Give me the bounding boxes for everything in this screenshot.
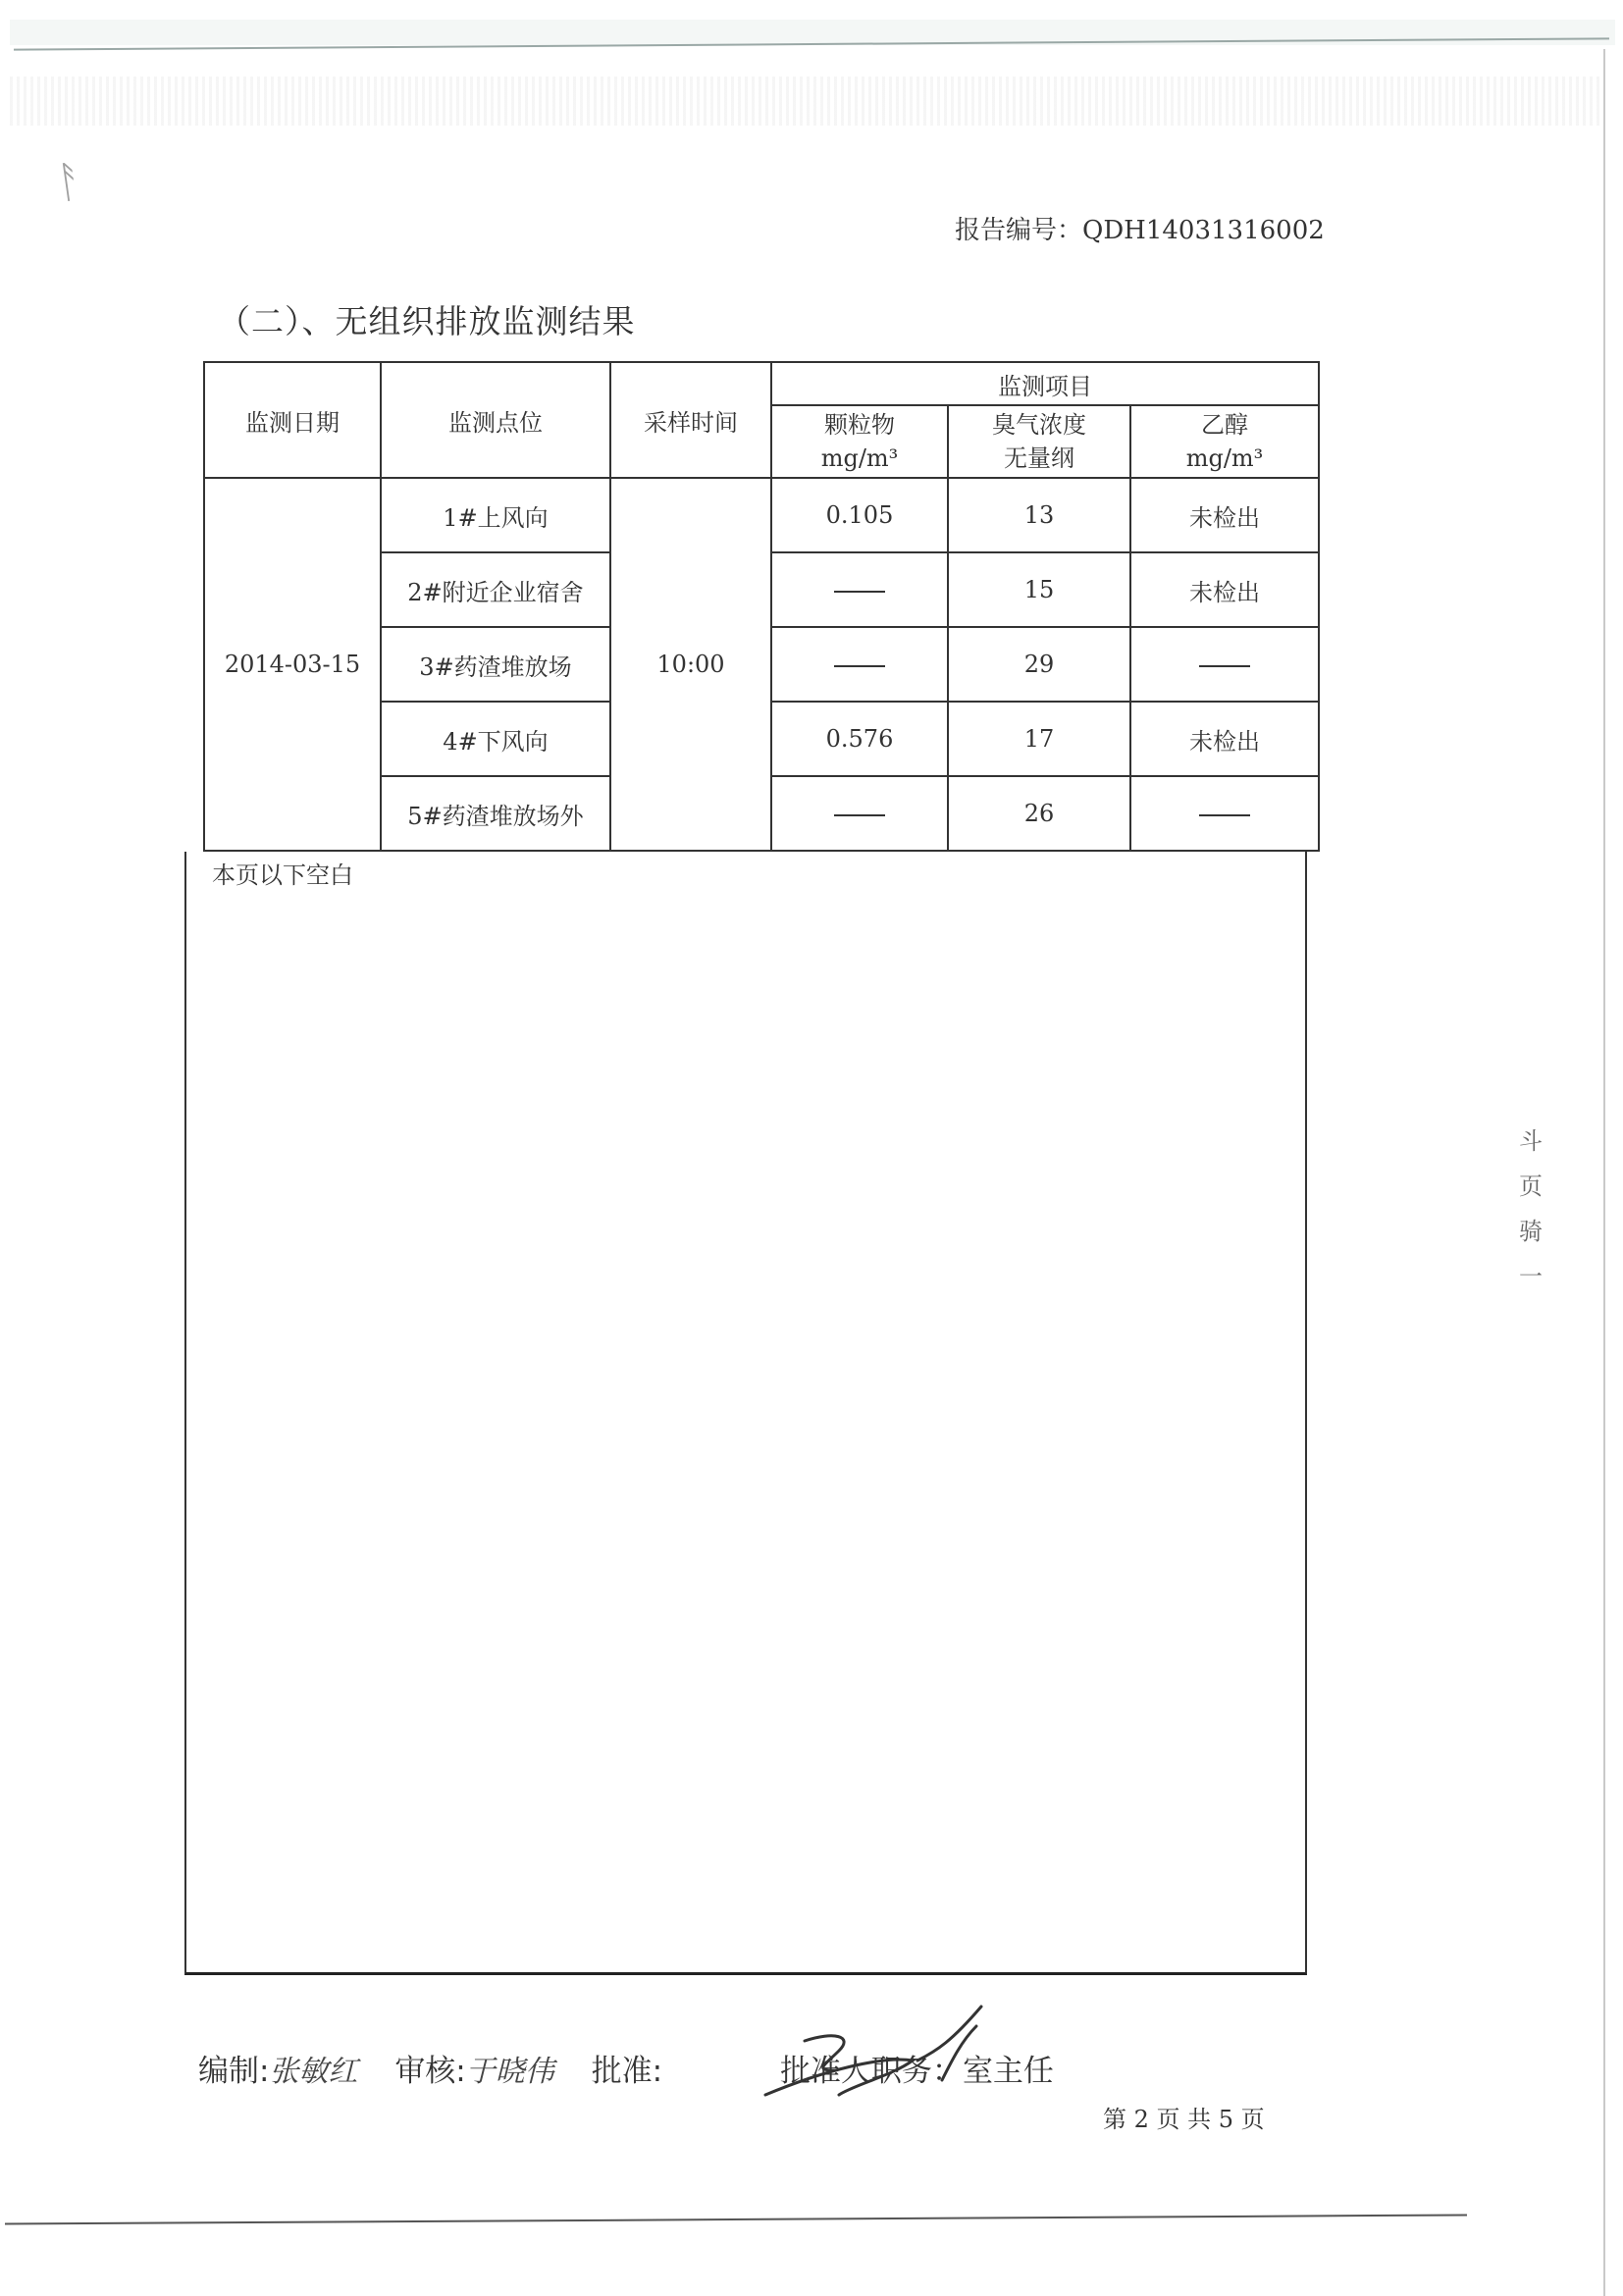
header-odor: 臭气浓度无量纲 [948,405,1130,478]
header-date: 监测日期 [204,362,381,478]
not-applicable-dash [834,814,885,816]
table-row: 2014-03-15 1#上风向 10:00 0.105 13 未检出 [204,478,1319,552]
compiled-signature: 张敏红 [269,2047,357,2090]
signature-row: 编制:张敏红 审核:于晓伟 批准: 批准人职务：室主任 [198,2046,1054,2090]
cell-odor: 29 [948,627,1130,702]
report-number-value: QDH14031316002 [1082,216,1325,245]
cell-date: 2014-03-15 [204,478,381,851]
seam-stamp-char: 一 [1519,1254,1539,1299]
scan-border-band [10,20,1615,45]
monitoring-results-table: 监测日期 监测点位 采样时间 监测项目 颗粒物mg/m³ 臭气浓度无量纲 乙醇m… [203,361,1320,852]
section-title: （二）、无组织排放监测结果 [218,296,636,342]
cell-site: 3#药渣堆放场 [381,627,610,702]
cell-site: 1#上风向 [381,478,610,552]
header-particulate: 颗粒物mg/m³ [771,405,948,478]
cell-particulate: 0.105 [771,478,948,552]
cell-time: 10:00 [610,478,771,851]
scan-right-edge [1603,49,1605,2296]
not-applicable-dash [834,591,885,593]
not-applicable-dash [834,665,885,667]
cell-ethanol [1130,627,1319,702]
report-number: 报告编号：QDH14031316002 [955,210,1325,246]
seam-stamp-char: 页 [1519,1164,1539,1209]
cell-particulate: 0.576 [771,702,948,776]
handwritten-margin-mark: ᚨ [54,155,86,208]
cell-ethanol [1130,776,1319,851]
reviewed-label: 审核: [394,2046,465,2090]
header-items-group: 监测项目 [771,362,1319,405]
cell-ethanol: 未检出 [1130,552,1319,627]
table-header-row: 监测日期 监测点位 采样时间 监测项目 [204,362,1319,405]
reviewed-signature: 于晓伟 [466,2047,554,2090]
scan-noise-band [10,77,1599,126]
cell-particulate [771,627,948,702]
cell-site: 2#附近企业宿舍 [381,552,610,627]
report-number-label: 报告编号： [955,216,1082,245]
blank-area-box [184,852,1307,1975]
cell-odor: 17 [948,702,1130,776]
header-time: 采样时间 [610,362,771,478]
seam-stamp-char: 斗 [1519,1119,1539,1164]
page-number: 第 2 页 共 5 页 [1103,2100,1265,2134]
not-applicable-dash [1199,814,1250,816]
scan-bottom-line [5,2214,1467,2224]
cell-particulate [771,776,948,851]
header-ethanol: 乙醇mg/m³ [1130,405,1319,478]
seam-stamp: 斗 页 骑 一 [1519,1119,1539,1299]
blank-page-note: 本页以下空白 [212,856,353,890]
cell-odor: 15 [948,552,1130,627]
compiled-label: 编制: [198,2046,269,2090]
cell-particulate [771,552,948,627]
approver-title: 室主任 [963,2046,1054,2090]
seam-stamp-char: 骑 [1519,1209,1539,1254]
approver-title-label: 批准人职务： [780,2046,963,2090]
approved-label: 批准: [592,2046,662,2090]
cell-odor: 26 [948,776,1130,851]
header-site: 监测点位 [381,362,610,478]
cell-ethanol: 未检出 [1130,478,1319,552]
cell-site: 5#药渣堆放场外 [381,776,610,851]
not-applicable-dash [1199,665,1250,667]
cell-odor: 13 [948,478,1130,552]
cell-site: 4#下风向 [381,702,610,776]
cell-ethanol: 未检出 [1130,702,1319,776]
